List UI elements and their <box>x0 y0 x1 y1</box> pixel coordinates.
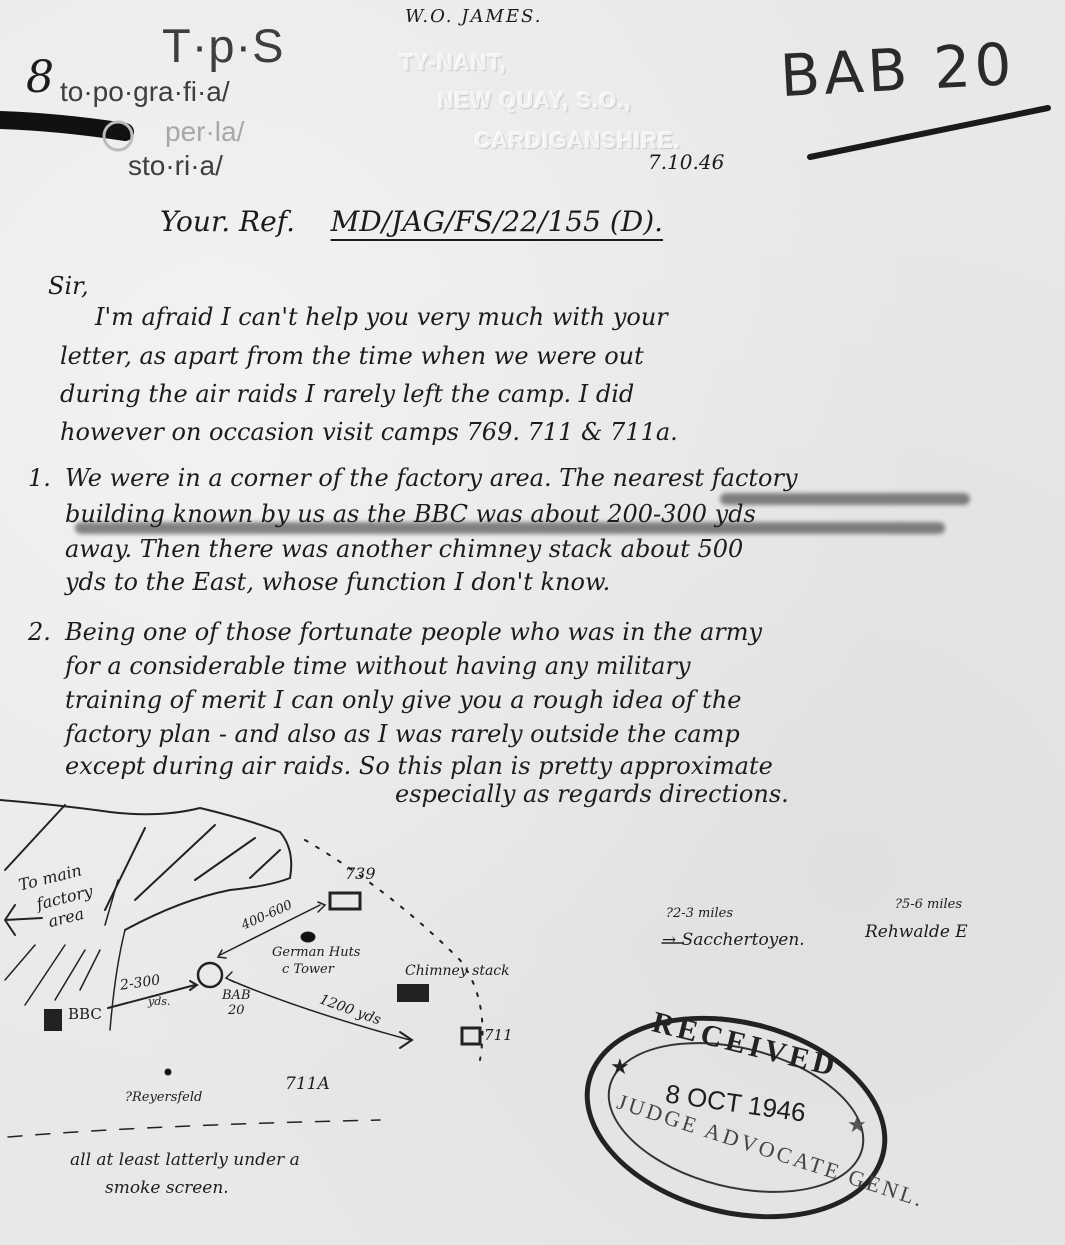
star-icon: ★ <box>610 1055 630 1080</box>
sketch-map <box>0 0 1065 1245</box>
star-icon: ★ <box>847 1113 867 1138</box>
label-german-huts: German Huts <box>272 945 360 960</box>
footnote-line: all at least latterly under a <box>70 1150 300 1170</box>
label-rehwalde-distance: ?5-6 miles <box>895 897 962 912</box>
label-yds: yds. <box>148 995 170 1008</box>
label-chimney-stack: Chimney stack <box>405 963 510 979</box>
label-rehwalde: Rehwalde E <box>865 922 968 942</box>
label-reyersfeld: ?Reyersfeld <box>125 1090 202 1105</box>
label-bbc: BBC <box>68 1005 102 1023</box>
label-sacchertoyen-distance: ?2-3 miles <box>666 906 733 921</box>
footnote-line: smoke screen. <box>105 1178 229 1198</box>
label-camp-739: 739 <box>345 864 376 883</box>
label-camp-711a: 711A <box>285 1074 330 1094</box>
label-tower: c Tower <box>282 962 334 977</box>
label-camp-711: 711 <box>484 1026 513 1044</box>
label-sacchertoyen: → Sacchertoyen. <box>662 930 805 950</box>
label-bab: BAB <box>222 988 251 1003</box>
label-bab-20: 20 <box>228 1003 245 1018</box>
